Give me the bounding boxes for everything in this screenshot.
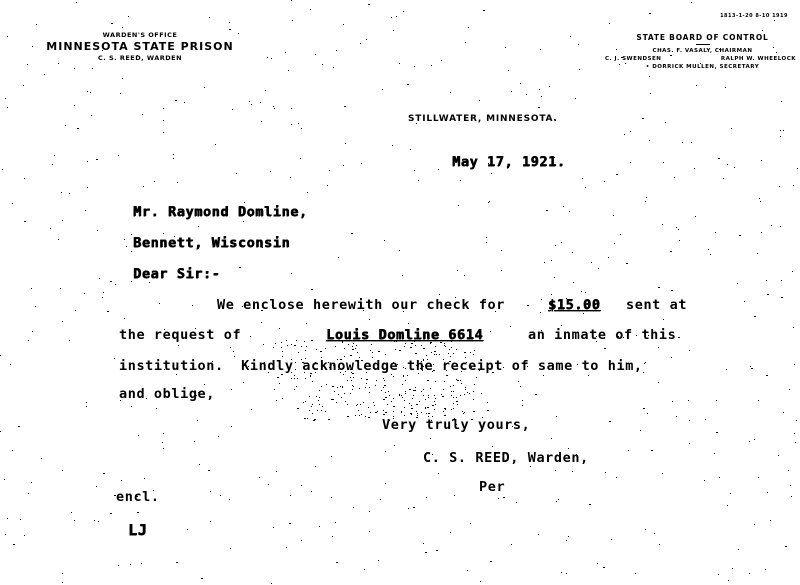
letterhead-right: 1813-1-20 8-10 1919 STATE BOARD OF CONTR… — [605, 12, 800, 71]
letterhead-left: WARDEN'S OFFICE MINNESOTA STATE PRISON C… — [40, 30, 240, 63]
board-member: C. J. SWENDSEN — [605, 55, 661, 63]
board-chairman: CHAS. F. VASALY, CHAIRMAN — [605, 47, 800, 55]
divider — [696, 44, 710, 45]
board-members: C. J. SWENDSEN RALPH W. WHEELOCK — [605, 55, 800, 63]
board-member: RALPH W. WHEELOCK — [721, 55, 796, 63]
body-line-2b: an inmate of this — [528, 327, 676, 343]
board-secretary: • DORRICK MULLEN, SECRETARY — [605, 63, 800, 71]
body-line-1a: We enclose herewith our check for — [217, 297, 505, 313]
warden-line: C. S. REED, WARDEN — [40, 53, 240, 63]
form-code: 1813-1-20 8-10 1919 — [605, 12, 800, 20]
salutation: Dear Sir:- — [133, 266, 220, 282]
body-line-2a: the request of — [119, 327, 241, 343]
letter-date: May 17, 1921. — [452, 154, 565, 170]
body-line-3: institution. Kindly acknowledge the rece… — [119, 358, 643, 374]
recipient-address: Bennett, Wisconsin — [133, 235, 290, 251]
signature: C. S. REED, Warden, — [423, 450, 589, 466]
body-line-1b: sent at — [626, 297, 687, 313]
place-line: STILLWATER, MINNESOTA. — [408, 114, 558, 124]
recipient-name: Mr. Raymond Domline, — [133, 204, 308, 220]
body-line-4: and oblige, — [119, 386, 215, 402]
check-amount: $15.00 — [548, 297, 600, 313]
institution-name: MINNESOTA STATE PRISON — [40, 40, 240, 53]
typist-initials: LJ — [128, 521, 147, 539]
board-name: STATE BOARD OF CONTROL — [605, 32, 800, 43]
inmate-name: Louis Domline 6614 — [326, 327, 483, 343]
office-label: WARDEN'S OFFICE — [40, 30, 240, 40]
closing: Very truly yours, — [382, 417, 530, 433]
per-line: Per — [479, 479, 505, 495]
enclosure-note: encl. — [116, 489, 160, 505]
